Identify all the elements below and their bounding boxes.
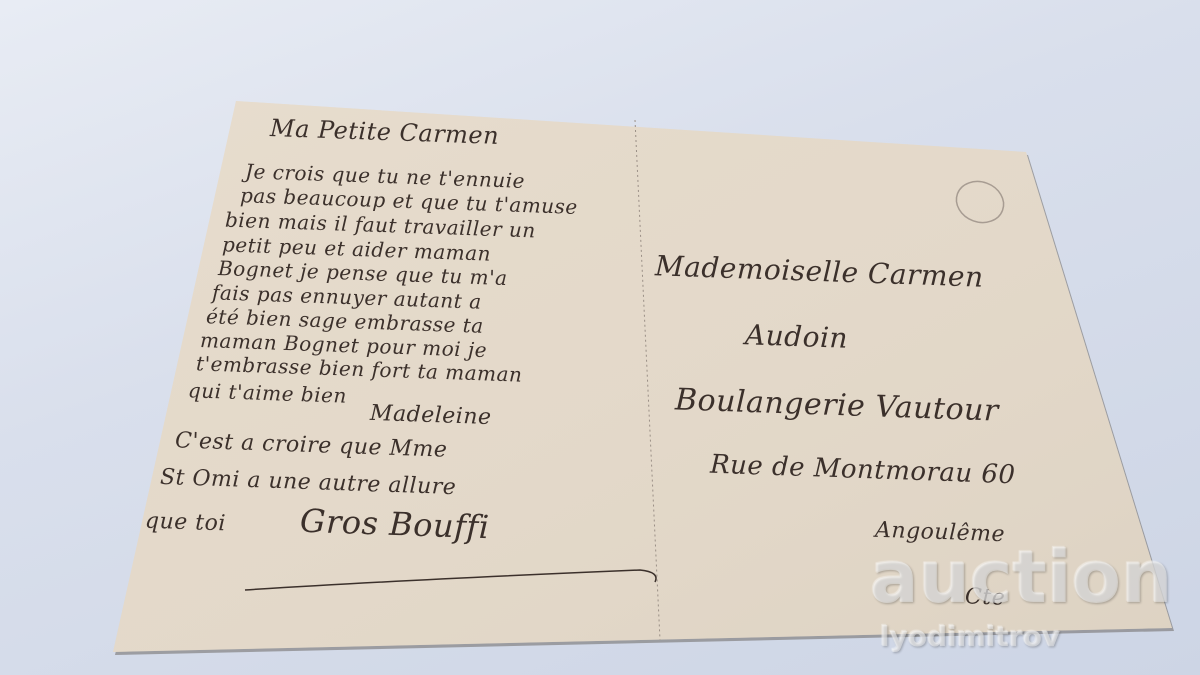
postscript-signature: Gros Bouffi xyxy=(299,502,490,547)
postscript-line: St Omi a une autre allure xyxy=(160,465,457,500)
signature: Madeleine xyxy=(370,401,492,430)
address-line: Audoin xyxy=(744,318,848,355)
address-line: Rue de Montmorau 60 xyxy=(710,450,1016,491)
postcard: Ma Petite Carmen Je crois que tu ne t'en… xyxy=(0,0,1200,675)
postscript-line: C'est a croire que Mme xyxy=(175,428,448,462)
watermark-username: lyodimitrov xyxy=(880,620,1060,653)
watermark-auction: auction xyxy=(870,535,1172,619)
address-line: Boulangerie Vautour xyxy=(674,382,999,428)
message-line: qui t'aime bien xyxy=(188,378,348,408)
postscript-line: que toi xyxy=(145,509,227,537)
address-line: Mademoiselle Carmen xyxy=(655,249,985,293)
salutation: Ma Petite Carmen xyxy=(270,114,500,150)
